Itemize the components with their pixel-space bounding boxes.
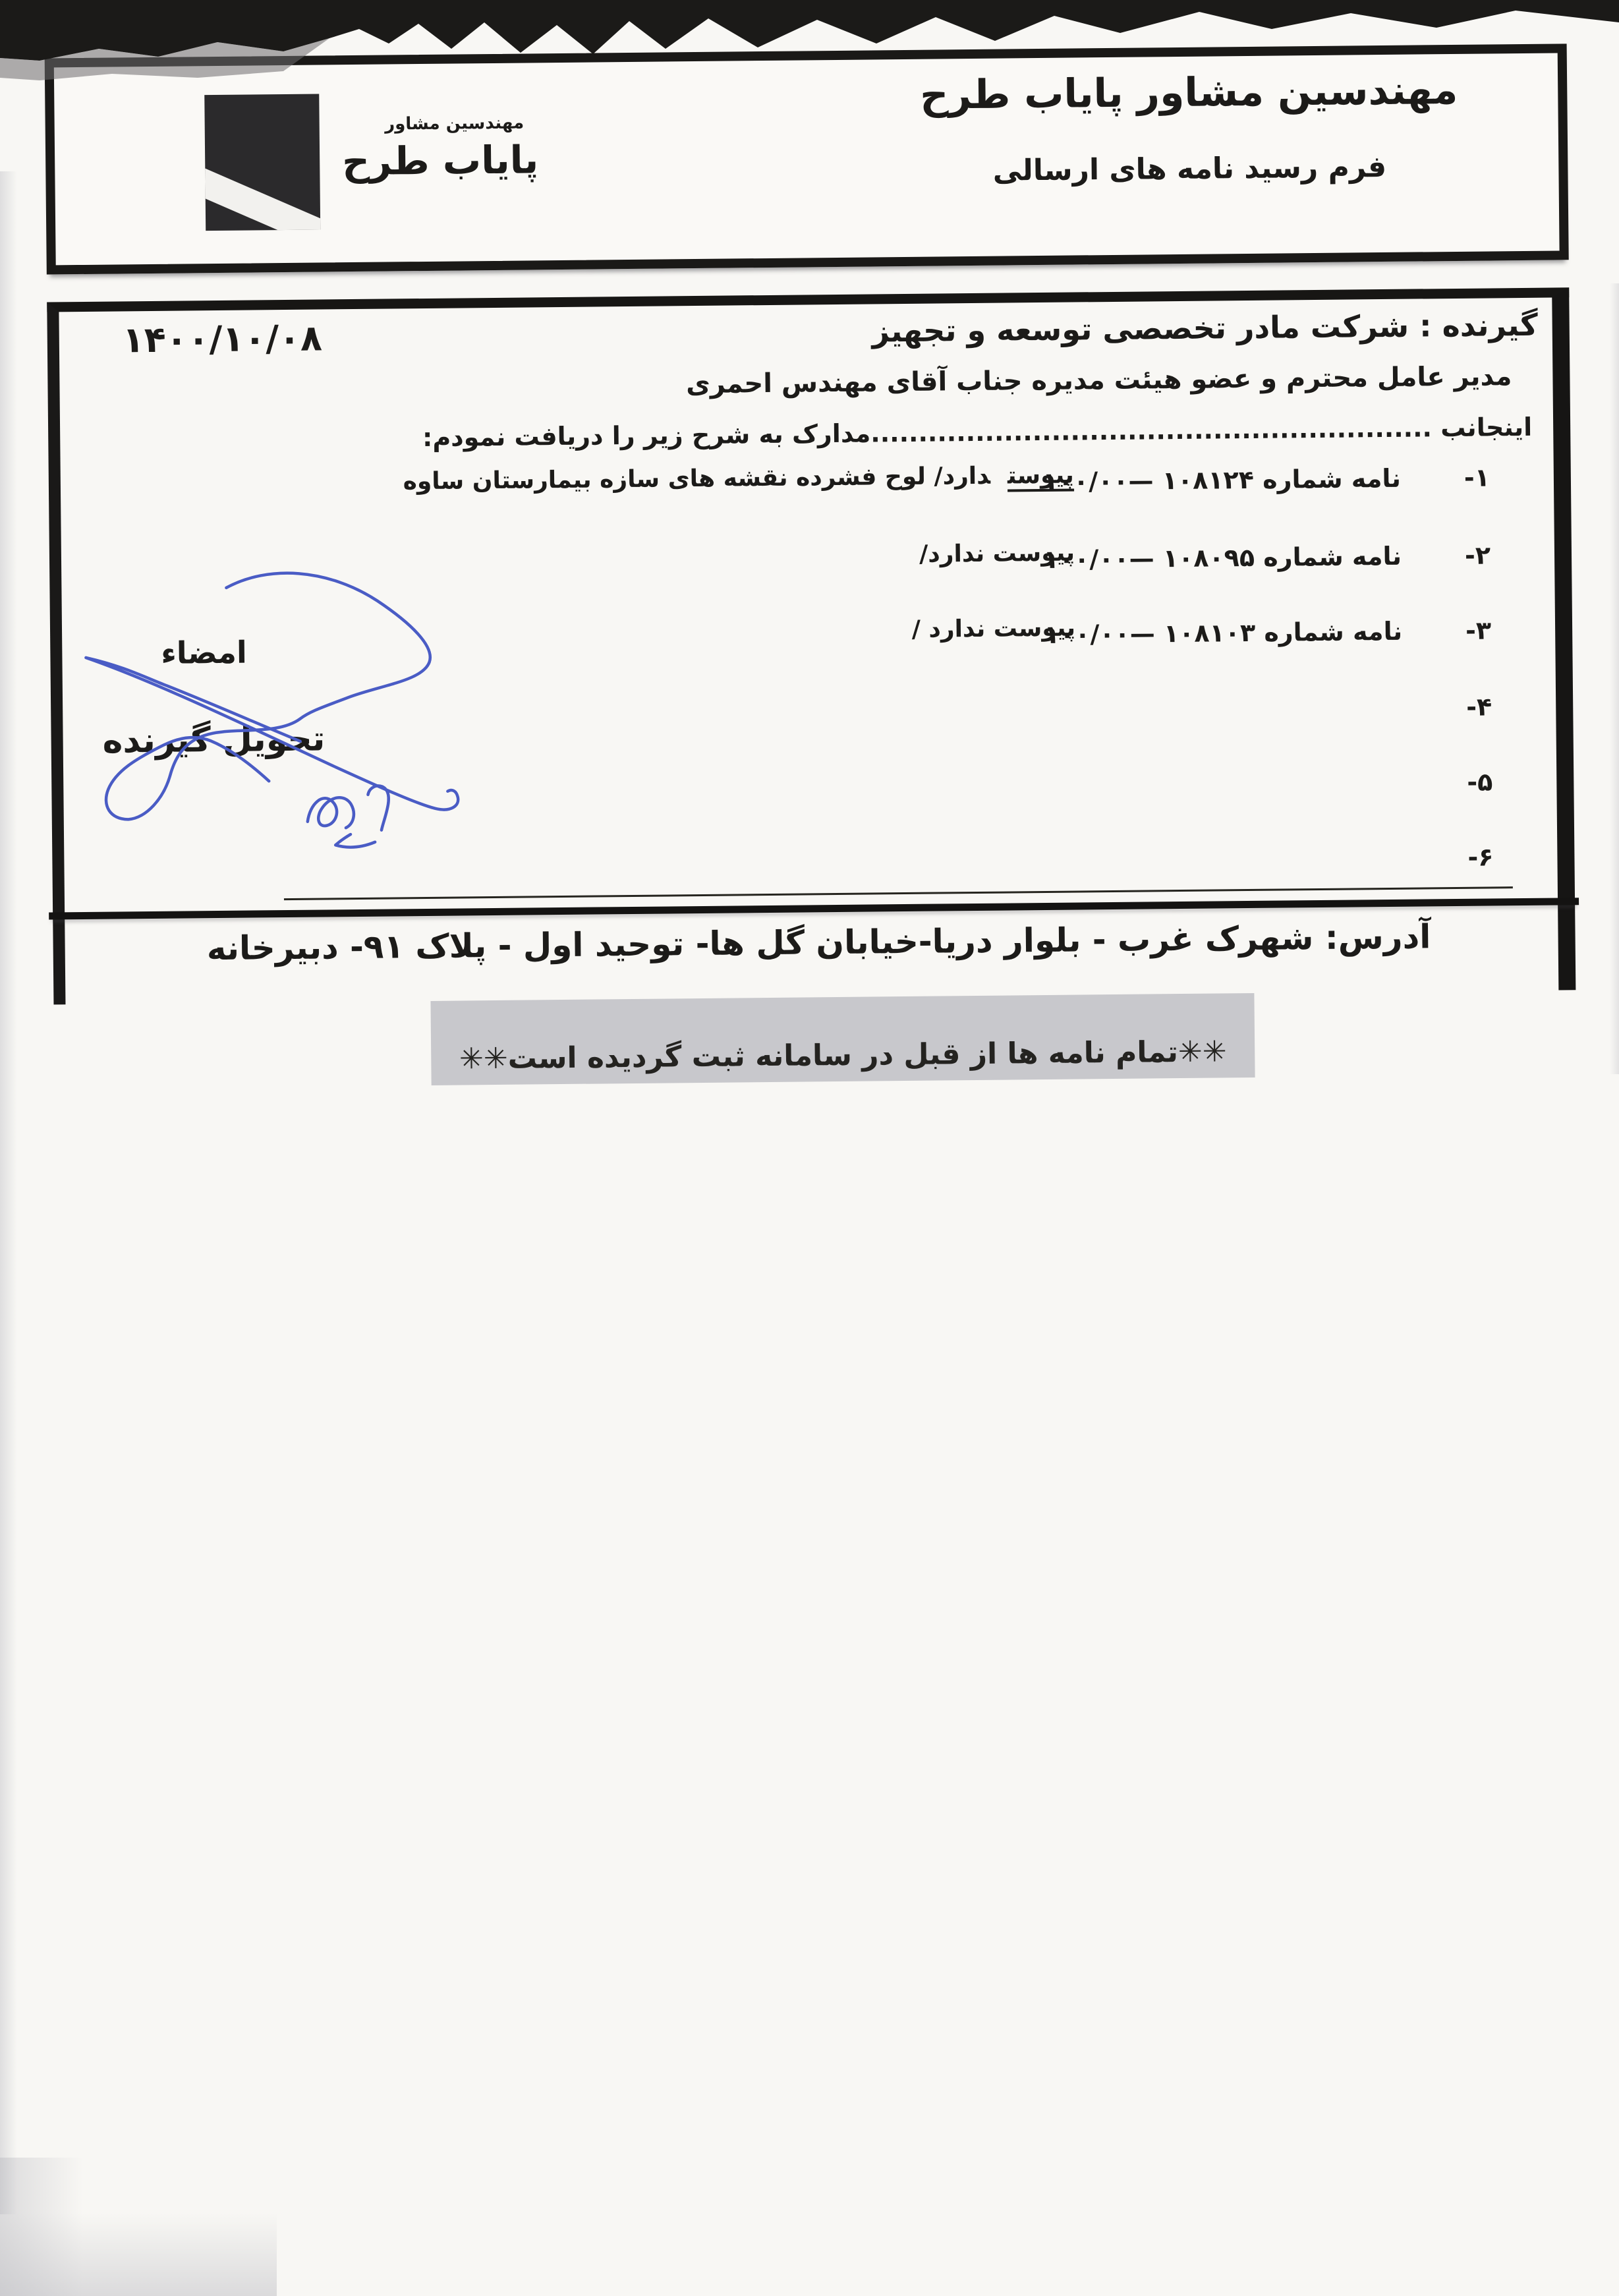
statement-line: اینجانب ................................… xyxy=(422,413,1532,452)
payab-tarh-logo-mark xyxy=(204,94,320,231)
torn-paper-edge xyxy=(0,0,1619,92)
addressee-line: مدیر عامل محترم و عضو هیئت مدیره جناب آق… xyxy=(686,361,1512,399)
item-attachment-note: پیوست ندارد / xyxy=(912,615,1076,643)
logo-wordmark: مهندسین مشاور پایاب طرح xyxy=(331,113,550,183)
attachment-detail: پیوست ندارد/ xyxy=(919,540,1075,568)
item-attachment-note: پیوستدارد/ لوح فشرده نقشه های سازه بیمار… xyxy=(403,462,1074,496)
recipient-line: گیرنده : شرکت مادر تخصصی توسعه و تجهیز xyxy=(872,307,1538,349)
attachment-detail: دارد/ لوح فشرده نقشه های سازه بیمارستان … xyxy=(403,463,990,496)
scan-shadow-right xyxy=(1610,283,1619,1074)
item-number: ۵- xyxy=(1467,767,1492,796)
letter-item-row: ۱- نامه شماره ۱۰۸۱۲۴ —۱۰۰/۰۰ پیوستدارد/ … xyxy=(61,463,1555,517)
item-number: ۶- xyxy=(1467,842,1493,871)
item-letter-reference: نامه شماره ۱۰۸۰۹۵ —۱۰۰/۰۰ xyxy=(1044,542,1402,574)
document-sheet: مهندسین مشاور پایاب طرح مهندسین مشاور پا… xyxy=(0,0,1619,2296)
statement-suffix: مدارک به شرح زیر را دریافت نمودم: xyxy=(422,418,871,452)
notice-text: ✳✳تمام نامه ها از قبل در سامانه ثبت گردی… xyxy=(459,1035,1227,1076)
document-date: ۱۴۰۰/۱۰/۰۸ xyxy=(123,317,323,360)
item-attachment-note: پیوست ندارد/ xyxy=(919,540,1075,568)
scan-shadow-left xyxy=(0,171,17,2214)
form-subtitle: فرم رسید نامه های ارسالی xyxy=(847,149,1532,189)
logo-wordmark-large: پایاب طرح xyxy=(331,139,550,183)
scan-streak-bottom-left xyxy=(0,2158,277,2296)
handwritten-signature xyxy=(64,558,488,871)
item-number: ۳- xyxy=(1465,616,1491,645)
item-number: ۴- xyxy=(1466,692,1492,721)
attachment-detail: پیوست ندارد / xyxy=(912,615,1076,643)
logo-wordmark-small: مهندسین مشاور xyxy=(346,113,563,134)
statement-prefix: اینجانب xyxy=(1440,413,1532,442)
attachment-word-underlined: پیوست xyxy=(1008,462,1074,492)
scanned-receipt-form-page: مهندسین مشاور پایاب طرح مهندسین مشاور پا… xyxy=(0,0,1619,2296)
statement-dotted-blank: ........................................… xyxy=(870,413,1432,447)
notice-highlight: ✳✳تمام نامه ها از قبل در سامانه ثبت گردی… xyxy=(430,993,1255,1085)
item-letter-reference: نامه شماره ۱۰۸۱۲۴ —۱۰۰/۰۰ xyxy=(1042,464,1401,496)
item-number: ۲- xyxy=(1465,540,1491,569)
logo-diagonal-stripe xyxy=(204,167,320,231)
item-number: ۱- xyxy=(1464,463,1490,492)
item-letter-reference: نامه شماره ۱۰۸۱۰۳ —۱۰۰/۰۰ xyxy=(1044,617,1403,649)
